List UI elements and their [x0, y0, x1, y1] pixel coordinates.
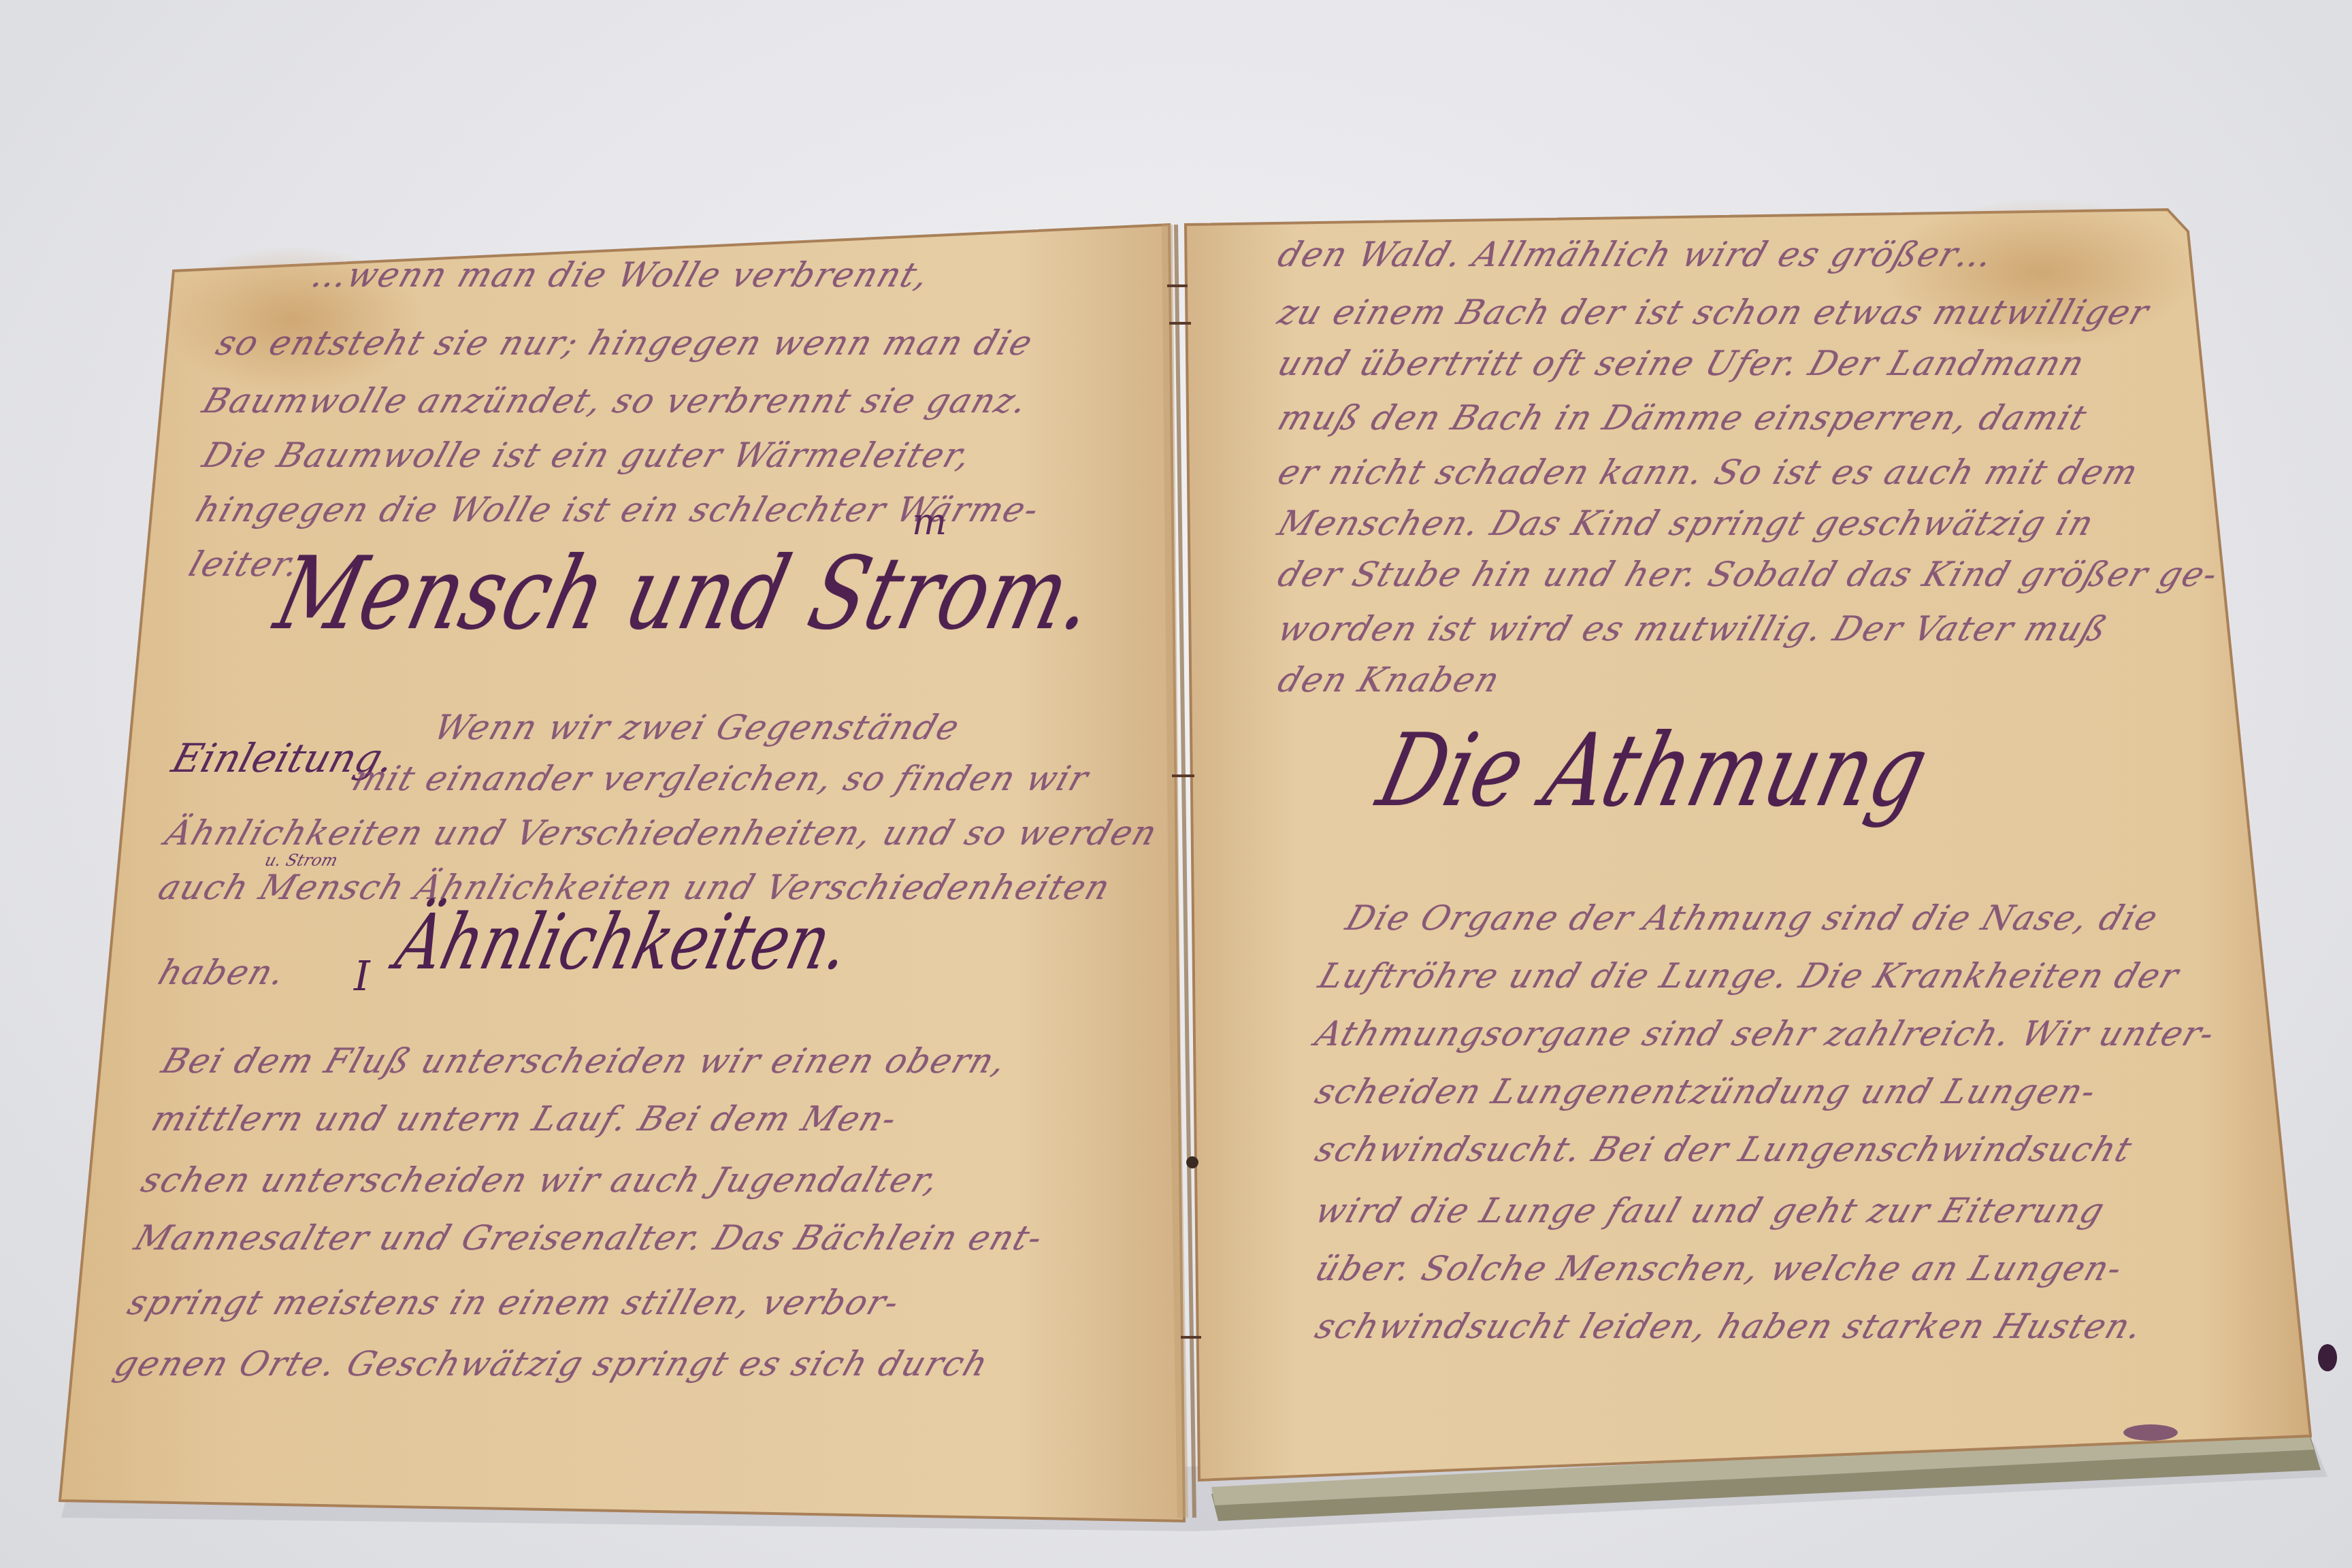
section-number: I — [354, 953, 370, 1000]
text-line: …wenn man die Wolle verbrennt, — [307, 255, 936, 295]
text-line: Athmungsorgane sind sehr zahlreich. Wir … — [1311, 1014, 2221, 1053]
text-line: Wenn wir zwei Gegenstände — [429, 708, 966, 747]
text-line: Bei dem Fluß unterscheiden wir einen obe… — [157, 1041, 1013, 1081]
text-line: und übertritt oft seine Ufer. Der Landma… — [1273, 344, 2091, 383]
text-line: schwindsucht. Bei der Lungenschwindsucht — [1311, 1130, 2138, 1169]
text-line: Ähnlichkeiten und Verschiedenheiten, und… — [161, 813, 1163, 853]
text-line: so entsteht sie nur; hingegen wenn man d… — [212, 323, 1039, 363]
text-line: Baumwolle anzündet, so verbrennt sie gan… — [198, 381, 1034, 421]
text-line: haben. — [154, 953, 292, 992]
text-line: Menschen. Das Kind springt geschwätzig i… — [1273, 504, 2100, 543]
text-line: Die Organe der Athmung sind die Nase, di… — [1341, 898, 2164, 938]
text-line: mit einander vergleichen, so finden wir — [348, 759, 1094, 798]
text-line: mittlern und untern Lauf. Bei dem Men- — [147, 1099, 903, 1139]
text-line: Luftröhre und die Lunge. Die Krankheiten… — [1314, 956, 2185, 996]
text-line: über. Solche Menschen, welche an Lungen- — [1311, 1249, 2129, 1288]
text-line: genen Orte. Geschwätzig springt es sich … — [110, 1344, 994, 1384]
text-line: den Wald. Allmählich wird es größer… — [1273, 235, 1999, 274]
section-title-aehnlichkeiten: Ähnlichkeiten. — [388, 898, 859, 987]
text-line: Mannesalter und Greisenalter. Das Bächle… — [130, 1218, 1049, 1258]
page-title-mensch-und-strom: Mensch und Strom. — [265, 535, 1107, 653]
text-line: zu einem Bach der ist schon etwas mutwil… — [1273, 293, 2155, 332]
text-line: Die Baumwolle ist ein guter Wärmeleiter, — [198, 436, 977, 475]
page-title-die-athmung: Die Athmung — [1368, 712, 1940, 830]
text-line: muß den Bach in Dämme einsperren, damit — [1273, 398, 2093, 438]
inserted-word: u. Strom — [263, 851, 340, 870]
text-line: wird die Lunge faul und geht zur Eiterun… — [1311, 1191, 2110, 1230]
photo-scene: …wenn man die Wolle verbrennt, so entste… — [0, 0, 2352, 1568]
text-line: den Knaben — [1273, 660, 1506, 700]
text-line: springt meistens in einem stillen, verbo… — [123, 1283, 905, 1322]
text-line: er nicht schaden kann. So ist es auch mi… — [1273, 453, 2144, 492]
text-line: worden ist wird es mutwillig. Der Vater … — [1273, 609, 2113, 649]
text-line: schen unterscheiden wir auch Jugendalter… — [137, 1160, 945, 1200]
text-line: der Stube hin und her. Sobald das Kind g… — [1273, 555, 2224, 594]
text-line: scheiden Lungenentzündung und Lungen- — [1311, 1072, 2102, 1111]
text-line: schwindsucht leiden, haben starken Huste… — [1311, 1307, 2149, 1346]
